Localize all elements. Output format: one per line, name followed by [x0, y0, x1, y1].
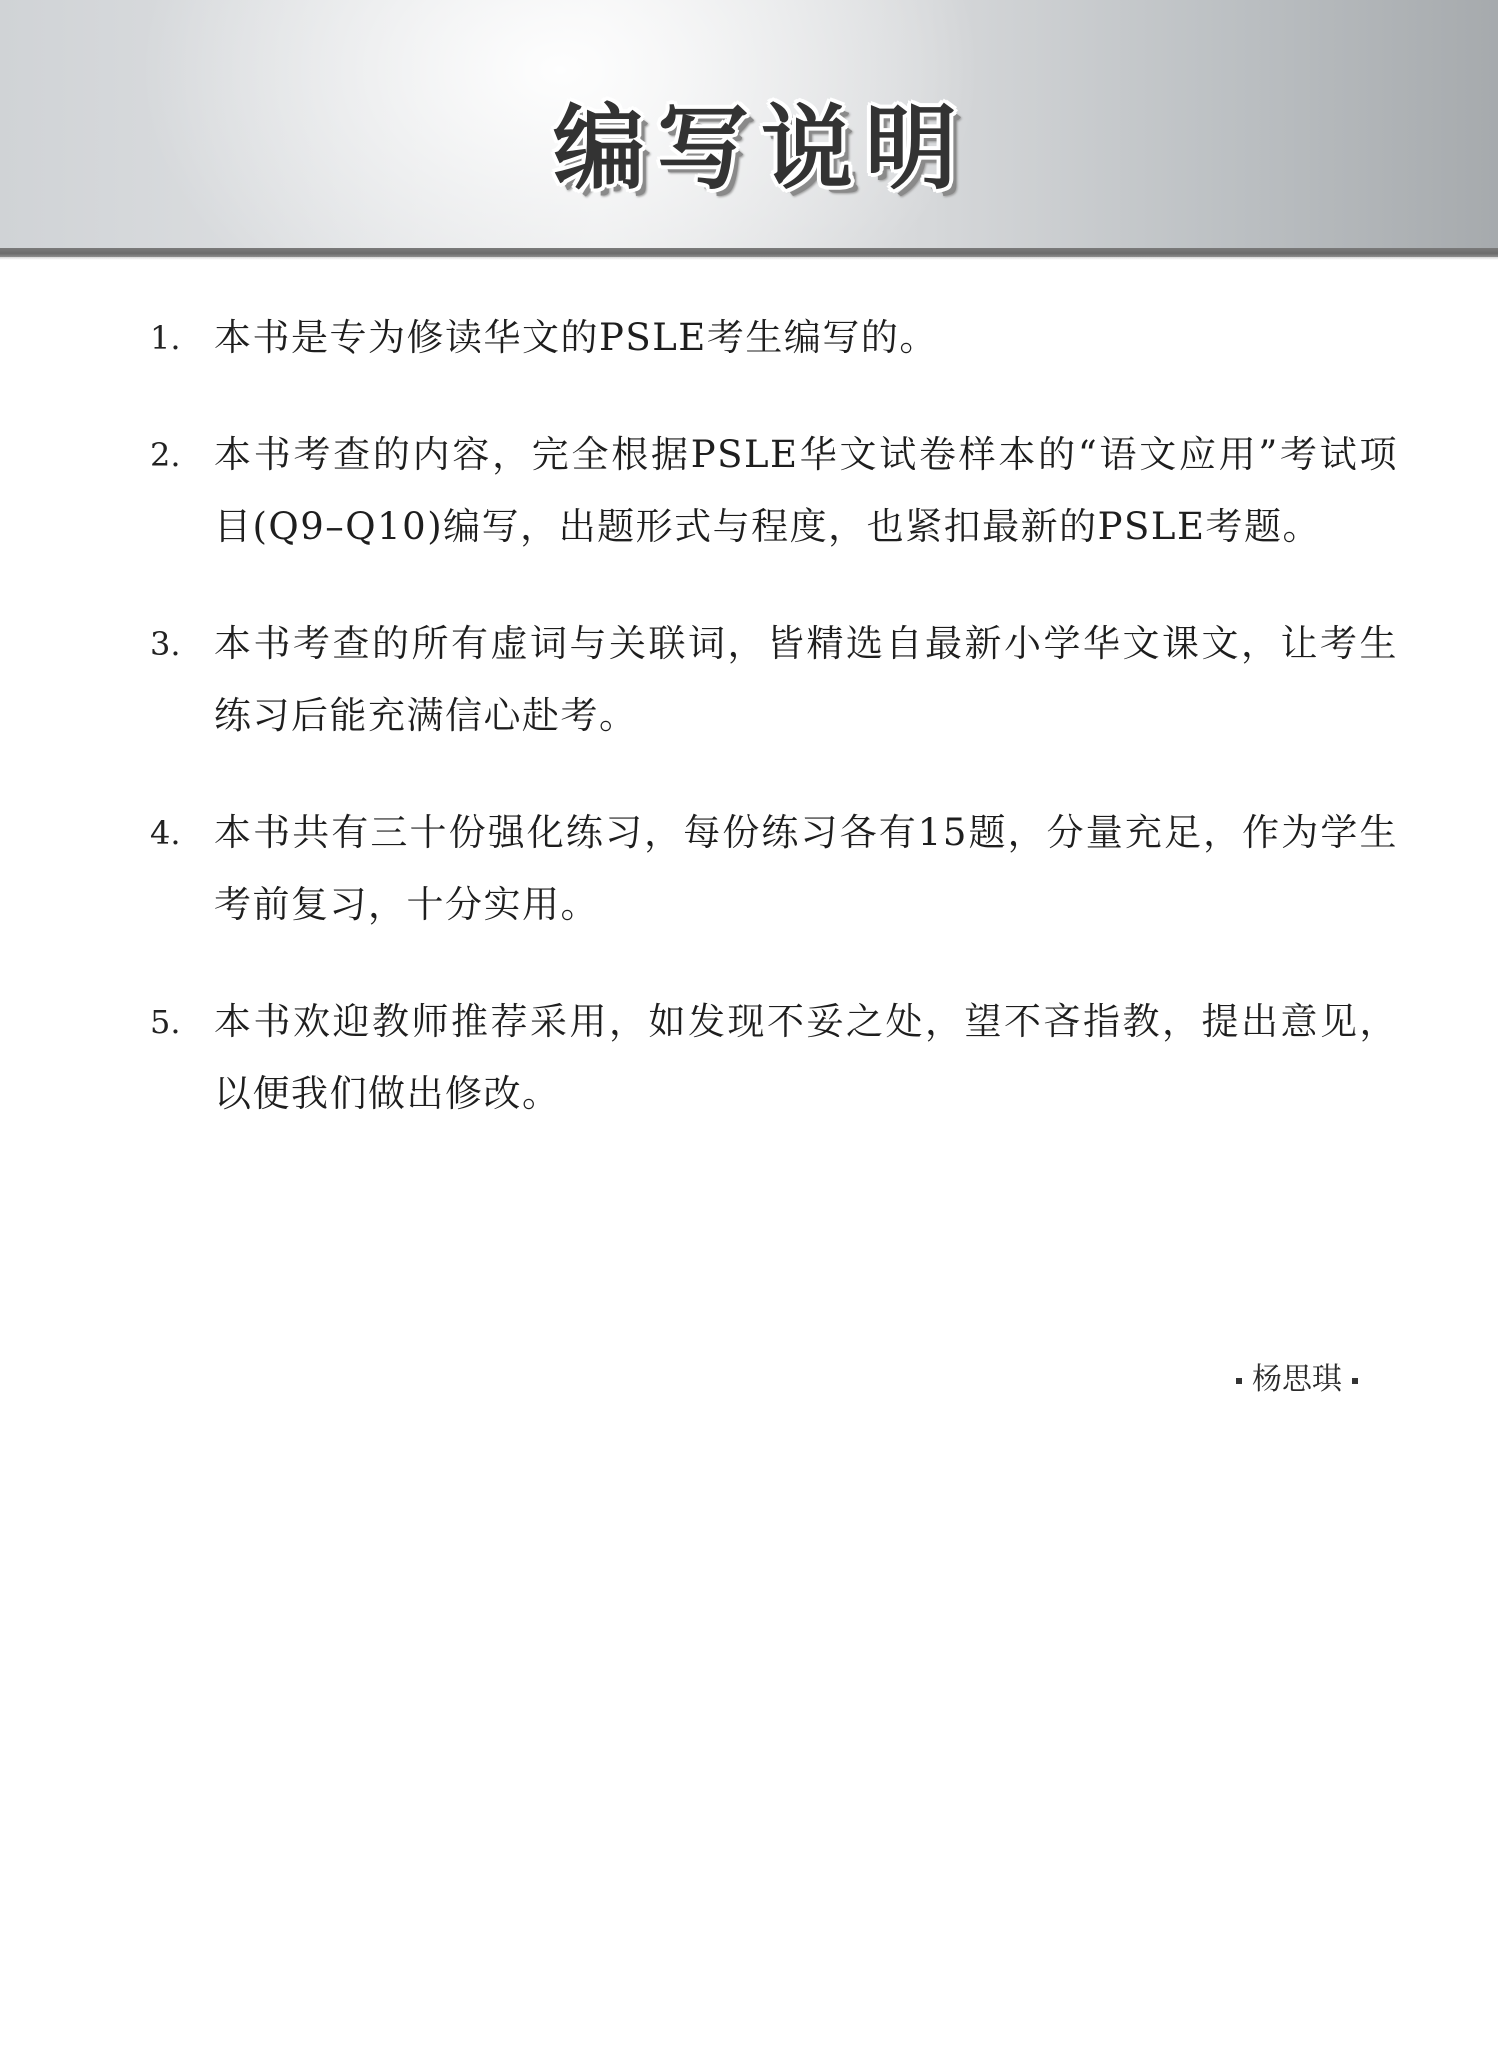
item-text-line: 本书考查的内容，完全根据PSLE华文试卷样本的“语文应用”考试项	[214, 419, 1398, 491]
item-text: 本书欢迎教师推荐采用，如发现不妥之处，望不吝指教，提出意见， 以便我们做出修改。	[214, 986, 1398, 1130]
item-text-line: 本书考查的所有虚词与关联词，皆精选自最新小学华文课文，让考生	[214, 608, 1398, 680]
author-name: 杨思琪	[1252, 1362, 1342, 1397]
item-text-line: 本书共有三十份强化练习，每份练习各有15题，分量充足，作为学生	[214, 797, 1398, 869]
item-text-line: 本书欢迎教师推荐采用，如发现不妥之处，望不吝指教，提出意见，	[214, 986, 1398, 1058]
item-text-line: 目(Q9–Q10)编写，出题形式与程度，也紧扣最新的PSLE考题。	[214, 491, 1398, 563]
item-number: 3.	[150, 608, 210, 680]
item-number: 1.	[150, 302, 210, 374]
item-text: 本书是专为修读华文的PSLE考生编写的。	[214, 302, 1398, 374]
item-number: 5.	[150, 986, 210, 1058]
bullet-dot-icon	[1236, 1378, 1242, 1384]
item-text-line: 考前复习，十分实用。	[214, 869, 1398, 941]
item-number: 4.	[150, 797, 210, 869]
page-title: 编写说明	[0, 94, 1498, 204]
bullet-dot-icon	[1352, 1378, 1358, 1384]
header-divider	[0, 248, 1498, 257]
header-divider-shadow	[0, 257, 1498, 260]
item-text: 本书考查的内容，完全根据PSLE华文试卷样本的“语文应用”考试项 目(Q9–Q1…	[214, 419, 1398, 563]
item-text-line: 练习后能充满信心赴考。	[214, 680, 1398, 752]
item-text: 本书考查的所有虚词与关联词，皆精选自最新小学华文课文，让考生 练习后能充满信心赴…	[214, 608, 1398, 752]
item-text-line: 本书是专为修读华文的PSLE考生编写的。	[214, 302, 1398, 374]
item-text-line: 以便我们做出修改。	[214, 1058, 1398, 1130]
item-number: 2.	[150, 419, 210, 491]
author-signature: 杨思琪	[1226, 1356, 1396, 1404]
item-text: 本书共有三十份强化练习，每份练习各有15题，分量充足，作为学生 考前复习，十分实…	[214, 797, 1398, 941]
